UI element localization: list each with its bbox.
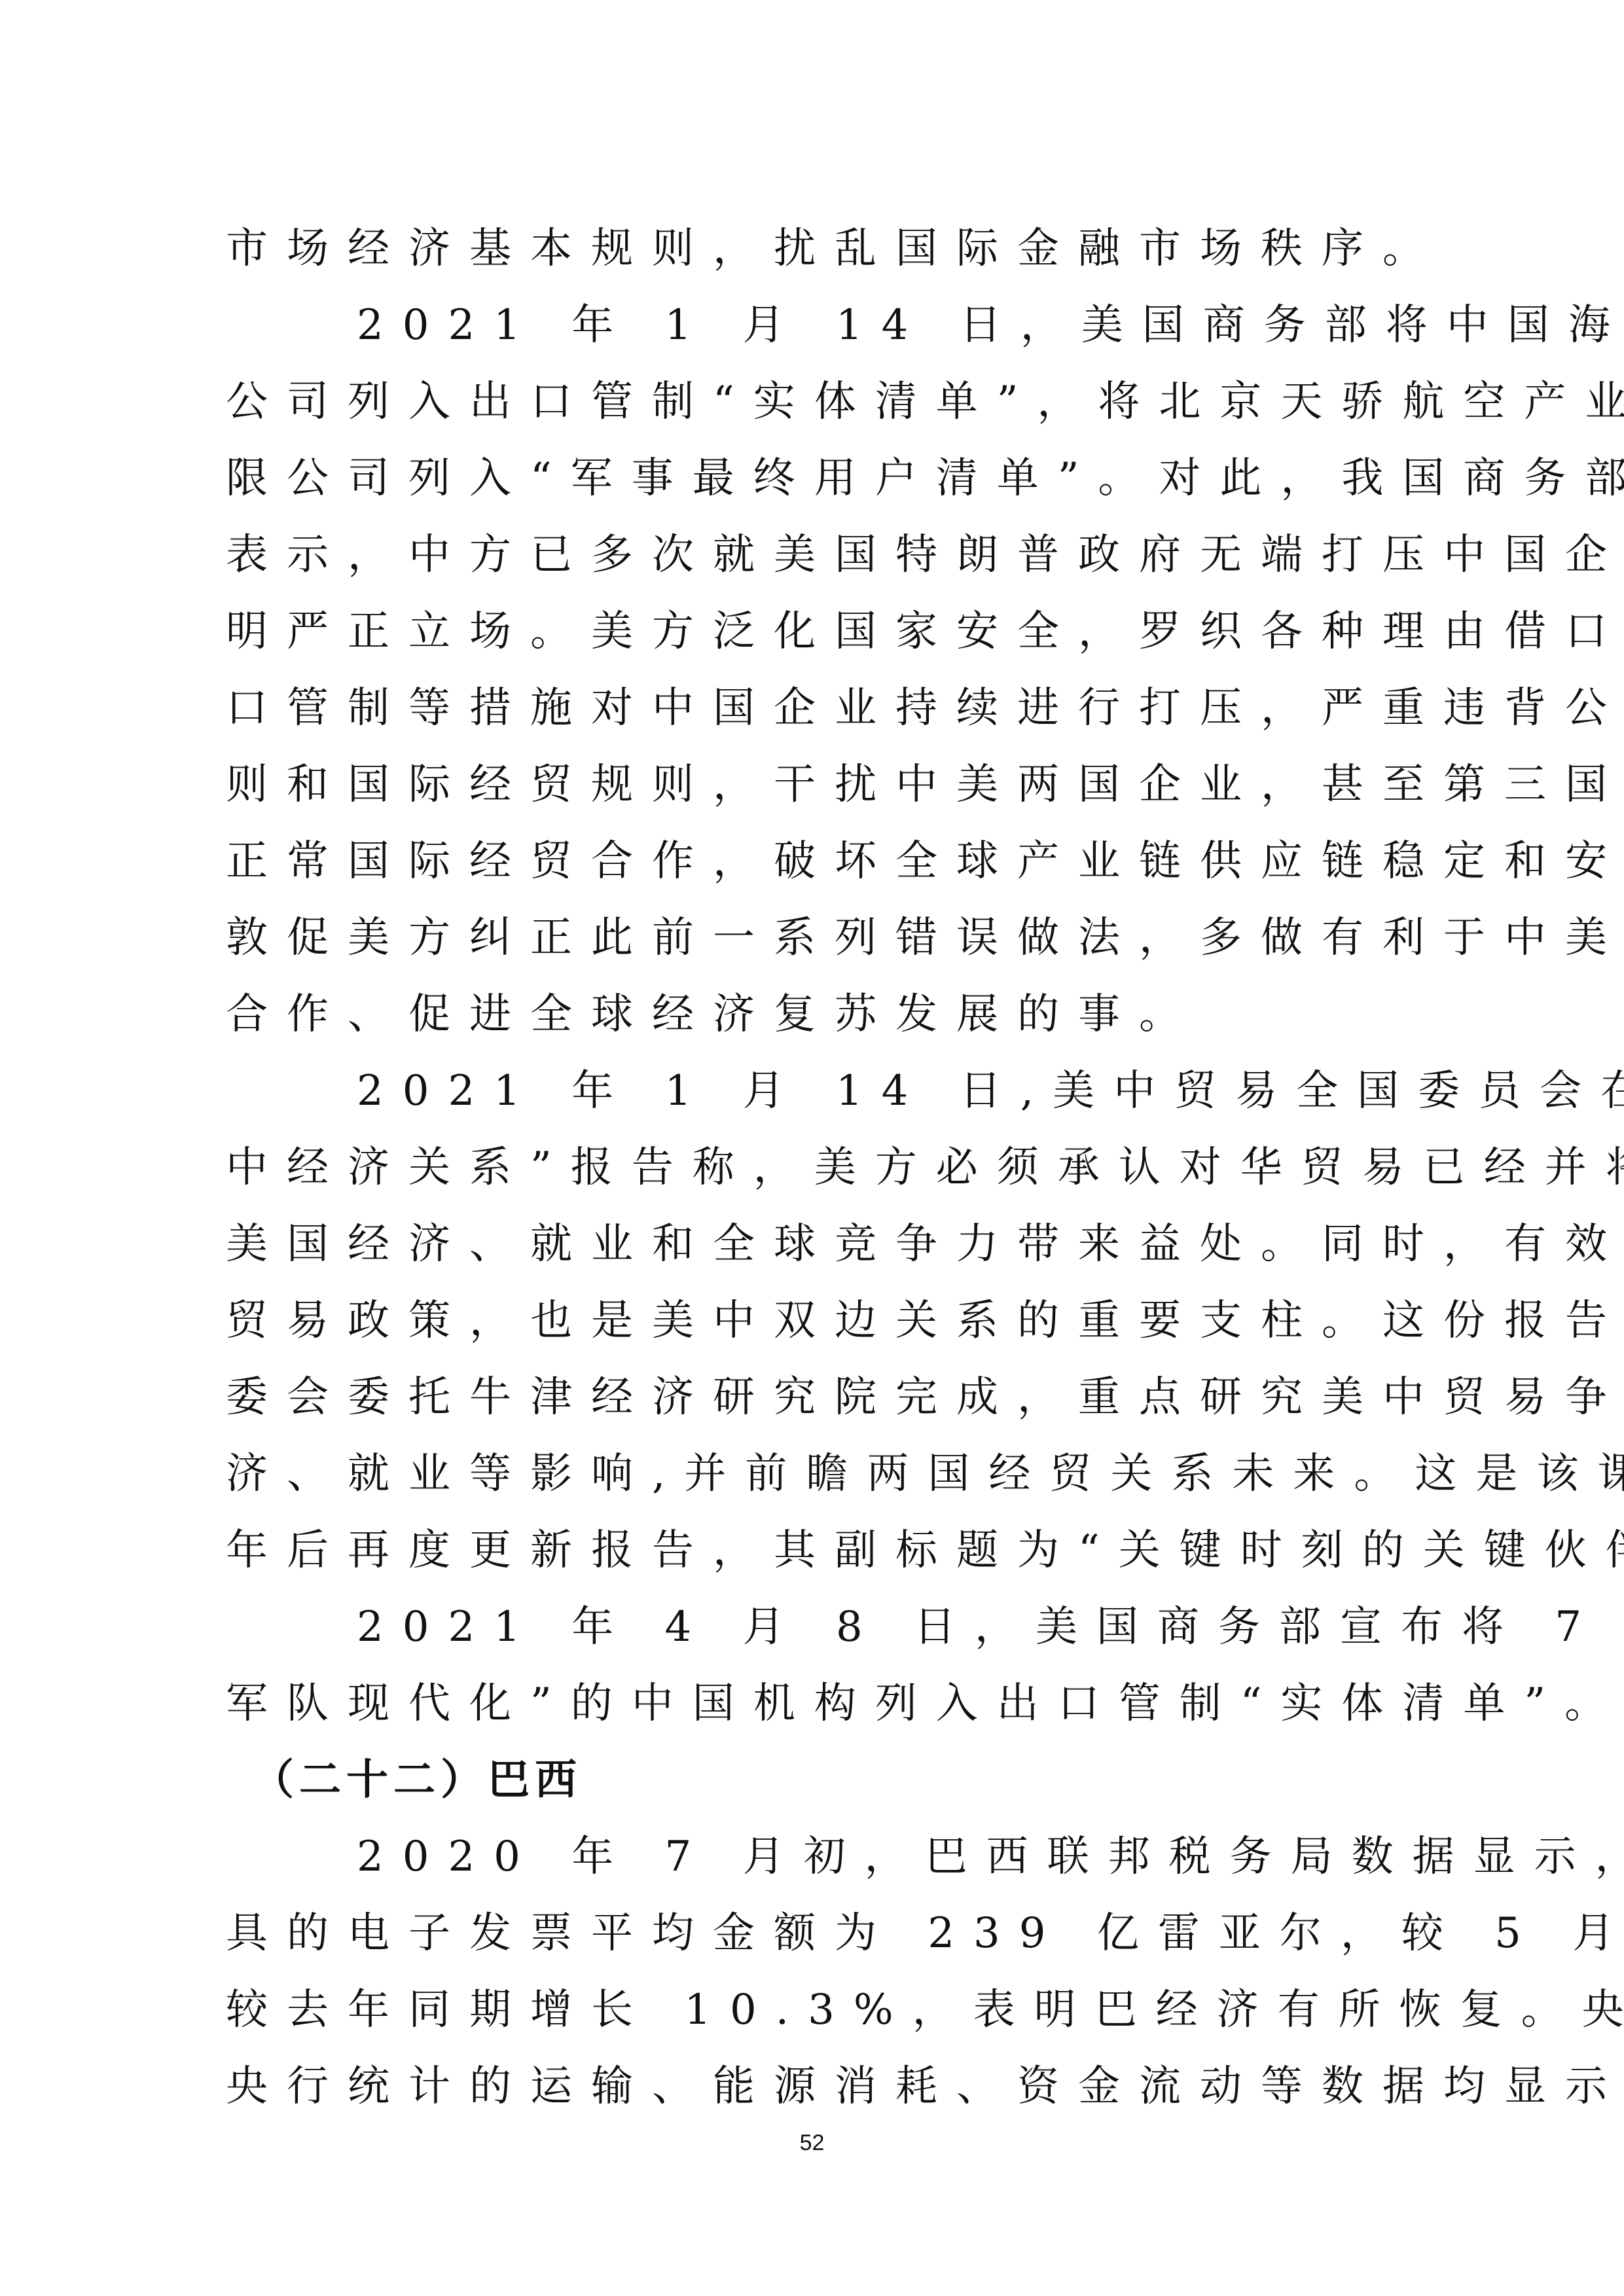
paragraph-line: 表示，中方已多次就美国特朗普政府无端打压中国企业问题表 [226, 517, 1399, 594]
paragraph-line: 较去年同期增长 10.3%，表明巴经济有所恢复。央行行长表示， [226, 1972, 1399, 2049]
paragraph-line: 市场经济基本规则，扰乱国际金融市场秩序。 [226, 211, 1399, 287]
paragraph-line: 2021 年 4 月 8 日，美国商务部宣布将 7 家所谓“支持中国 [226, 1589, 1399, 1666]
paragraph-line: 委会委托牛津经济研究院完成，重点研究美中贸易争端对美经 [226, 1359, 1399, 1436]
paragraph-line: 济、就业等影响,并前瞻两国经贸关系未来。这是该课题自 2017 [226, 1436, 1399, 1513]
paragraph-line: 正常国际经贸合作，破坏全球产业链供应链稳定和安全。我们 [226, 823, 1399, 900]
paragraph-line: 具的电子发票平均金额为 239 亿雷亚尔，较 5 月增长 15.6%， [226, 1895, 1399, 1972]
paragraph-line: 2020 年 7 月初，巴西联邦税务局数据显示，6 月巴每日开 [226, 1819, 1399, 1895]
page-number: 52 [0, 2130, 1624, 2156]
paragraph-line: 限公司列入“军事最终用户清单”。对此，我国商务部发言人 [226, 440, 1399, 517]
paragraph-line: 口管制等措施对中国企业持续进行打压，严重违背公平竞争原 [226, 670, 1399, 747]
paragraph-line: 2021 年 1 月 14 日，美国商务部将中国海洋石油集团有限 [226, 287, 1399, 364]
paragraph-line: 贸易政策，也是美中双边关系的重要支柱。这份报告由美中贸 [226, 1283, 1399, 1359]
paragraph-line: 美国经济、就业和全球竞争力带来益处。同时，有效、务实的 [226, 1206, 1399, 1283]
paragraph-line: 敦促美方纠正此前一系列错误做法，多做有利于中美两国经贸 [226, 900, 1399, 977]
paragraph-line: 则和国际经贸规则，干扰中美两国企业，甚至第三国企业开展 [226, 747, 1399, 823]
paragraph-line: 中经济关系”报告称，美方必须承认对华贸易已经并将继续为 [226, 1130, 1399, 1206]
paragraph-line: 明严正立场。美方泛化国家安全，罗织各种理由借口，滥用出 [226, 594, 1399, 670]
paragraph-line: 年后再度更新报告，其副标题为“关键时刻的关键伙伴关系”。 [226, 1513, 1399, 1589]
paragraph-line: 2021 年 1 月 14 日,美中贸易全国委员会在华盛顿发布“美 [226, 1053, 1399, 1130]
paragraph-line: 央行统计的运输、能源消耗、资金流动等数据均显示最坏的时 [226, 2049, 1399, 2125]
document-page: 市场经济基本规则，扰乱国际金融市场秩序。 2021 年 1 月 14 日，美国商… [0, 0, 1624, 2296]
paragraph-line: 公司列入出口管制“实体清单”，将北京天骄航空产业投资有 [226, 364, 1399, 440]
body-text: 市场经济基本规则，扰乱国际金融市场秩序。 2021 年 1 月 14 日，美国商… [226, 211, 1399, 2125]
section-heading: （二十二）巴西 [226, 1742, 1399, 1819]
paragraph-line: 军队现代化”的中国机构列入出口管制“实体清单”。 [226, 1666, 1399, 1742]
paragraph-line: 合作、促进全球经济复苏发展的事。 [226, 977, 1399, 1053]
